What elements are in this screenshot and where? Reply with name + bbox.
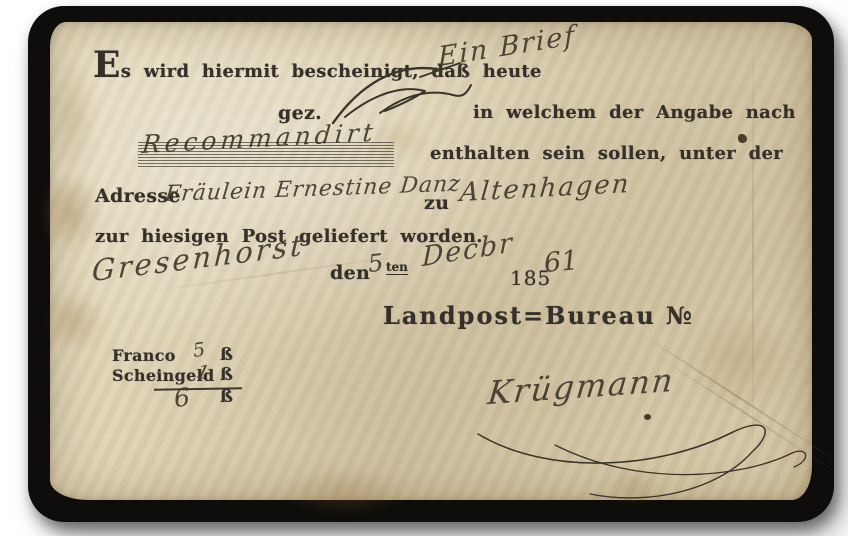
screenshot-root: { "scan": { "background_color": "#ffffff… [0, 0, 848, 536]
total-amount-handwriting: 6 [172, 382, 191, 413]
bureau-line: Landpost=Bureau № [383, 301, 692, 330]
ten-suffix: ten [386, 260, 408, 275]
year-entry-handwriting: 61 [543, 245, 580, 279]
day-entry-handwriting: 5 [367, 248, 385, 277]
scan-black-mat: Es wird hiermit bescheinigt, daß heute E… [28, 6, 834, 522]
destination-entry-handwriting: Altenhagen [459, 169, 632, 208]
total-schilling-symbol: ß [220, 387, 233, 407]
corner-flourish-icon [550, 420, 820, 510]
den-label: den [330, 262, 370, 284]
stain-left-lower [44, 290, 104, 352]
stain-left-mid [38, 170, 102, 256]
zu-label: zu [424, 192, 449, 214]
franco-label: Franco [112, 346, 176, 365]
franco-amount-handwriting: 5 [191, 338, 206, 361]
scheingeld-schilling-symbol: ß [220, 365, 233, 385]
angabe-line: in welchem der Angabe nach [473, 102, 796, 123]
bureau-label: Landpost=Bureau [383, 301, 656, 330]
postal-receipt-paper: Es wird hiermit bescheinigt, daß heute E… [50, 22, 812, 500]
stain-bottom-center [276, 468, 412, 516]
ink-speck-right [738, 134, 747, 143]
enthalten-line: enthalten sein sollen, unter der [430, 143, 783, 164]
certify-initial: E [93, 44, 121, 86]
addressee-entry-handwriting: Fräulein Ernestine Danz [164, 172, 462, 207]
stain-top-left-edge [46, 56, 98, 176]
franco-schilling-symbol: ß [220, 345, 233, 365]
numero-symbol: № [666, 301, 692, 330]
